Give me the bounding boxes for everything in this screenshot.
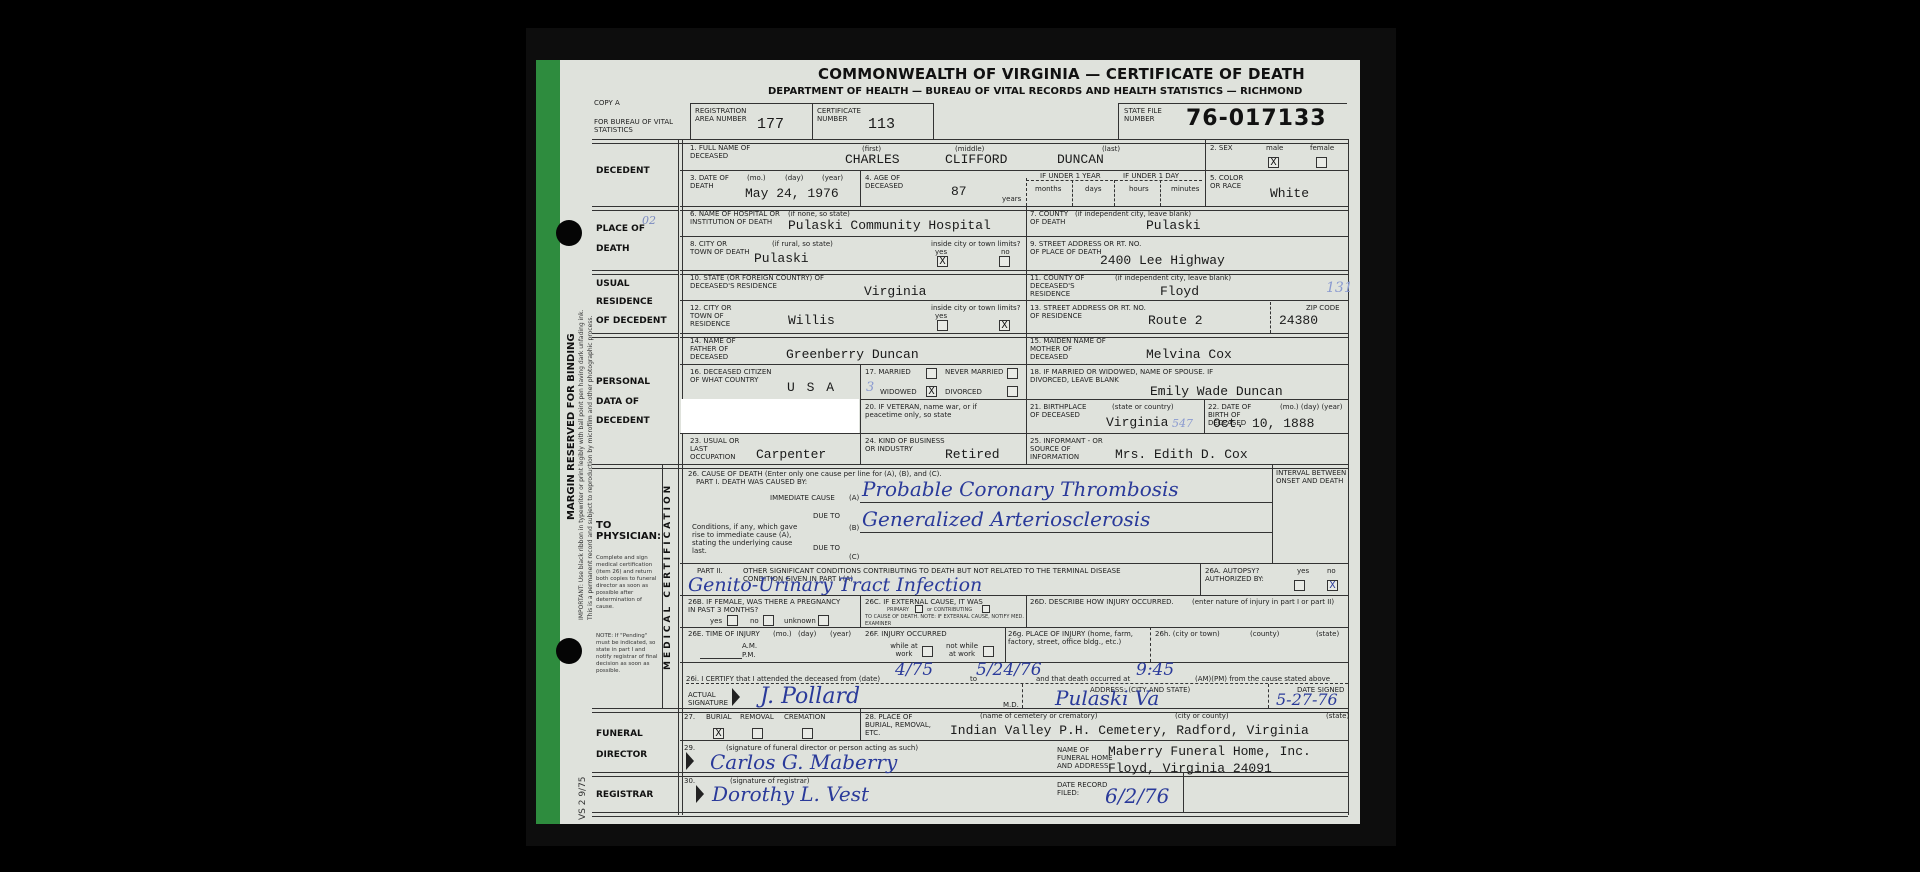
cremation-label: CREMATION: [784, 713, 826, 721]
field-11-label: 11. COUNTY OF DECEASED'S RESIDENCE: [1030, 274, 1110, 298]
while-at-work-checkbox[interactable]: [922, 646, 933, 657]
part2-value: Genito-Urinary Tract Infection: [688, 574, 982, 596]
last-name-label: (last): [1102, 145, 1120, 153]
field-18-label: 18. IF MARRIED OR WIDOWED, NAME OF SPOUS…: [1030, 368, 1250, 384]
am-label: A.M.: [742, 642, 757, 650]
burial-label: BURIAL: [706, 713, 732, 721]
occupation: Carpenter: [756, 447, 826, 462]
under-year-label: IF UNDER 1 YEAR: [1040, 172, 1101, 180]
months-label: months: [1035, 185, 1061, 193]
residence-county: Floyd: [1160, 284, 1199, 299]
primary-checkbox[interactable]: [915, 605, 923, 613]
days-label: days: [1085, 185, 1102, 193]
field-21-hint: (state or country): [1112, 403, 1174, 411]
county-of-death: Pulaski: [1146, 218, 1201, 233]
removal-checkbox[interactable]: [752, 728, 763, 739]
a-label: (A): [849, 494, 859, 502]
residence-street: Route 2: [1148, 313, 1203, 328]
field-27-label: 27.: [684, 713, 695, 721]
zip-label: ZIP CODE: [1306, 304, 1340, 312]
hours-label: hours: [1129, 185, 1149, 193]
state-file-label: STATE FILE NUMBER: [1124, 107, 1164, 123]
immediate-cause-label: IMMEDIATE CAUSE: [770, 494, 835, 502]
autopsy-yes-checkbox[interactable]: [1294, 580, 1305, 591]
pregnancy-no-label: no: [750, 617, 759, 625]
middle-name: CLIFFORD: [945, 152, 1007, 167]
first-name: CHARLES: [845, 152, 900, 167]
pregnancy-yes-checkbox[interactable]: [727, 615, 738, 626]
field-26e-label: 26e. TIME OF INJURY: [688, 630, 760, 638]
field-6-hint: (if none, so state): [788, 210, 850, 218]
certify-text-2: and that death occurred at: [1036, 675, 1130, 683]
due-to-c-label: DUE TO: [813, 544, 840, 552]
pregnancy-yes-label: yes: [710, 617, 722, 625]
burial-checkbox[interactable]: X: [713, 728, 724, 739]
field-22-hint: (mo.) (day) (year): [1280, 403, 1343, 411]
inside-limits-label: inside city or town limits?: [931, 240, 1020, 248]
copy-label: COPY A: [594, 99, 620, 107]
sign-here-arrow-icon: [732, 688, 740, 706]
redacted-field-19: [681, 399, 859, 433]
date-filed: 6/2/76: [1105, 784, 1169, 808]
section-to: TO: [596, 520, 611, 531]
field-5-label: 5. COLOR OR RACE: [1210, 174, 1250, 190]
copy-for-label: FOR BUREAU OF VITAL STATISTICS: [594, 118, 674, 134]
field-2-label: 2. SEX: [1210, 144, 1233, 152]
certify-text-1: 26i. I CERTIFY that I attended the decea…: [686, 675, 880, 683]
female-label: female: [1310, 144, 1334, 152]
death-inside-yes-checkbox[interactable]: X: [937, 256, 948, 267]
medical-certification-label: MEDICAL CERTIFICATION: [663, 483, 673, 670]
city-of-death: Pulaski: [754, 251, 809, 266]
field-30-label: 30.: [684, 777, 695, 785]
field-26d-label: 26d. DESCRIBE HOW INJURY OCCURRED.: [1030, 598, 1174, 606]
field-29-label: 29.: [684, 744, 695, 752]
certificate-number: 113: [868, 116, 895, 133]
pregnancy-unknown-label: unknown: [784, 617, 816, 625]
section-personal: PERSONAL: [596, 377, 650, 387]
md-label: M.D.: [1003, 701, 1019, 709]
widowed-checkbox[interactable]: X: [926, 386, 937, 397]
autopsy-yes-label: yes: [1297, 567, 1309, 575]
minutes-label: minutes: [1171, 185, 1199, 193]
certificate-subtitle: DEPARTMENT OF HEALTH — BUREAU OF VITAL R…: [768, 86, 1302, 97]
male-label: male: [1266, 144, 1283, 152]
field-14-label: 14. NAME OF FATHER OF DECEASED: [690, 337, 760, 361]
age: 87: [951, 184, 967, 199]
section-decedent: DECEDENT: [596, 166, 650, 176]
registration-label: REGISTRATION AREA NUMBER: [695, 107, 755, 123]
interval-label: INTERVAL BETWEEN ONSET AND DEATH: [1276, 469, 1348, 485]
section-death: DEATH: [596, 244, 630, 254]
year-label: (year): [822, 174, 843, 182]
field-23-label: 23. USUAL OR LAST OCCUPATION: [690, 437, 750, 461]
pregnancy-unknown-checkbox[interactable]: [818, 615, 829, 626]
date-signed: 5-27-76: [1276, 690, 1338, 709]
director-signature: Carlos G. Maberry: [710, 750, 897, 774]
autopsy-label: 26a. AUTOPSY? AUTHORIZED BY:: [1205, 567, 1265, 583]
date-of-birth: Oct. 10, 1888: [1213, 416, 1314, 431]
never-married-checkbox[interactable]: [1007, 368, 1018, 379]
field-26c-label: 26c. IF EXTERNAL CAUSE, IT WAS: [865, 598, 983, 606]
last-name: DUNCAN: [1057, 152, 1104, 167]
field-7-label: 7. COUNTY OF DEATH: [1030, 210, 1070, 226]
race: White: [1270, 186, 1309, 201]
physician-signature: J. Pollard: [760, 684, 860, 709]
res-yes-label: yes: [935, 312, 947, 320]
part1-label: PART I. DEATH WAS CAUSED BY:: [696, 478, 807, 486]
injury-year-label: (year): [830, 630, 851, 638]
section-director: DIRECTOR: [596, 750, 647, 760]
yes-label: yes: [935, 248, 947, 256]
under-day-label: IF UNDER 1 DAY: [1123, 172, 1179, 180]
autopsy-no-checkbox[interactable]: X: [1327, 580, 1338, 591]
injury-state-hint: (state): [1316, 630, 1339, 638]
widowed-label: WIDOWED: [880, 388, 917, 396]
spouse-name: Emily Wade Duncan: [1150, 384, 1283, 399]
field-3-label: 3. DATE OF DEATH: [690, 174, 730, 190]
female-checkbox[interactable]: [1316, 157, 1327, 168]
autopsy-no-label: no: [1327, 567, 1336, 575]
place-of-death-address: 2400 Lee Highway: [1100, 253, 1225, 268]
mother-maiden-name: Melvina Cox: [1146, 347, 1232, 362]
field-8-label: 8. CITY OR TOWN OF DEATH: [690, 240, 750, 256]
sign-here-arrow-icon: [686, 752, 694, 770]
section-physician: PHYSICIAN:: [596, 531, 661, 542]
funeral-home-name: Maberry Funeral Home, Inc.: [1108, 744, 1311, 759]
contributing-label: or CONTRIBUTING: [927, 607, 972, 614]
pending-note: NOTE: If "Pending" must be indicated, so…: [596, 633, 660, 675]
injury-mo-label: (mo.): [773, 630, 792, 638]
field-21-label: 21. BIRTHPLACE OF DECEASED: [1030, 403, 1090, 419]
cremation-checkbox[interactable]: [802, 728, 813, 739]
punch-hole-top: [556, 220, 582, 246]
injury-county-hint: (county): [1250, 630, 1279, 638]
due-to-b-label: DUE TO: [813, 512, 840, 520]
section-data-of: DATA OF: [596, 397, 639, 407]
industry: Retired: [945, 447, 1000, 462]
am-pm-indicator: (AM)(PM) from the cause stated above: [1195, 675, 1330, 683]
field-26d-hint: (enter nature of injury in part I or par…: [1192, 598, 1334, 606]
mo-label: (mo.): [747, 174, 766, 182]
field-26b-label: 26b. IF FEMALE, WAS THERE A PREGNANCY IN…: [688, 598, 848, 614]
male-checkbox[interactable]: X: [1268, 157, 1279, 168]
res-inside-limits-label: inside city or town limits?: [931, 304, 1020, 312]
never-married-label: NEVER MARRIED: [945, 368, 1003, 376]
field-13-label: 13. STREET ADDRESS OR RT. NO. OF RESIDEN…: [1030, 304, 1150, 320]
field-28-label: 28. PLACE OF BURIAL, REMOVAL, ETC.: [865, 713, 935, 737]
zip-code: 24380: [1279, 313, 1318, 328]
pregnancy-no-checkbox[interactable]: [763, 615, 774, 626]
cemetery-hint: (name of cemetery or crematory): [980, 712, 1098, 720]
margin-note-1: IMPORTANT: Use black ribbon in typewrite…: [578, 260, 585, 620]
field-26g-label: 26g. PLACE OF INJURY (home, farm, factor…: [1008, 630, 1148, 646]
funeral-home-address: Floyd, Virginia 24091: [1108, 761, 1272, 776]
injury-day-label: (day): [798, 630, 816, 638]
field-8-hint: (if rural, so state): [772, 240, 833, 248]
res-inside-yes-checkbox[interactable]: [937, 320, 948, 331]
hospital-name: Pulaski Community Hospital: [788, 218, 991, 233]
field-7-hint: (if independent city, leave blank): [1075, 210, 1191, 218]
sign-here-arrow-icon: [696, 785, 704, 803]
section-decedent-personal: DECEDENT: [596, 416, 650, 426]
field-10-label: 10. STATE (OR FOREIGN COUNTRY) OF DECEAS…: [690, 274, 870, 290]
birthplace-annotation: 547: [1172, 417, 1193, 430]
field-26h-label: 26h. (city or town): [1155, 630, 1220, 638]
years-label: years: [1002, 195, 1021, 203]
residence-city: Willis: [788, 313, 835, 328]
attended-to: 5/24/76: [976, 660, 1042, 680]
field-24-label: 24. KIND OF BUSINESS OR INDUSTRY: [865, 437, 945, 453]
field-1-label: 1. FULL NAME OF DECEASED: [690, 144, 770, 160]
birthplace: Virginia: [1106, 415, 1168, 430]
while-at-work-label: while at work: [886, 642, 922, 658]
cause-a: Probable Coronary Thrombosis: [862, 477, 1179, 501]
father-name: Greenberry Duncan: [786, 347, 919, 362]
death-inside-no-checkbox[interactable]: [999, 256, 1010, 267]
certificate-number-label: CERTIFICATE NUMBER: [817, 107, 867, 123]
burial-state-hint: (state): [1326, 712, 1349, 720]
removal-label: REMOVAL: [740, 713, 774, 721]
place-of-burial: Indian Valley P.H. Cemetery, Radford, Vi…: [950, 723, 1309, 738]
residence-state: Virginia: [864, 284, 926, 299]
contributing-checkbox[interactable]: [982, 605, 990, 613]
married-checkbox[interactable]: [926, 368, 937, 379]
field-25-label: 25. INFORMANT - OR SOURCE OF INFORMATION: [1030, 437, 1120, 461]
section-of-decedent: OF DECEDENT: [596, 316, 667, 326]
margin-title: MARGIN RESERVED FOR BINDING: [566, 333, 577, 520]
state-file-number: 76-017133: [1186, 106, 1327, 131]
informant: Mrs. Edith D. Cox: [1115, 447, 1248, 462]
actual-signature-label: ACTUAL SIGNATURE: [688, 691, 728, 707]
conditions-note: Conditions, if any, which gave rise to i…: [692, 523, 807, 555]
section-place-of: PLACE OF: [596, 224, 645, 234]
field-6-label: 6. NAME OF HOSPITAL OR INSTITUTION OF DE…: [690, 210, 780, 226]
field-12-label: 12. CITY OR TOWN OF RESIDENCE: [690, 304, 750, 328]
not-while-at-work-label: not while at work: [944, 642, 980, 658]
primary-label: PRIMARY: [887, 607, 909, 614]
citizenship: U S A: [787, 380, 836, 395]
field-26f-label: 26f. INJURY OCCURRED: [865, 630, 947, 638]
death-time: 9:45: [1136, 660, 1174, 680]
certificate-title: COMMONWEALTH OF VIRGINIA — CERTIFICATE O…: [818, 65, 1305, 83]
section-usual: USUAL: [596, 279, 630, 289]
res-inside-no-checkbox[interactable]: X: [999, 320, 1010, 331]
field-20-label: 20. IF VETERAN, name war, or if peacetim…: [865, 403, 985, 419]
day-label: (day): [785, 174, 803, 182]
marital-annotation: 3: [866, 380, 874, 395]
pm-label: P.M.: [742, 651, 756, 659]
divorced-label: DIVORCED: [945, 388, 982, 396]
date-of-death: May 24, 1976: [745, 186, 839, 201]
physician-address: Pulaski Va: [1055, 686, 1159, 710]
field-15-label: 15. MAIDEN NAME OF MOTHER OF DECEASED: [1030, 337, 1110, 361]
field-4-label: 4. AGE OF DECEASED: [865, 174, 915, 190]
field-26c-note: TO CAUSE OF DEATH. NOTE: IF EXTERNAL CAU…: [865, 614, 1025, 628]
place-annotation: 02: [642, 214, 656, 227]
physician-instructions: Complete and sign medical certification …: [596, 555, 660, 611]
no-label: no: [1001, 248, 1010, 256]
divorced-checkbox[interactable]: [1007, 386, 1018, 397]
residence-annotation: 131: [1326, 280, 1353, 296]
punch-hole-bottom: [556, 638, 582, 664]
b-label: (B): [849, 524, 859, 532]
attended-from: 4/75: [895, 660, 933, 680]
cause-b: Generalized Arteriosclerosis: [862, 507, 1150, 531]
field-17-label: 17. MARRIED: [865, 368, 911, 376]
section-residence: RESIDENCE: [596, 297, 653, 307]
field-11-hint: (if independent city, leave blank): [1115, 274, 1231, 282]
city-county-hint: (city or county): [1175, 712, 1229, 720]
registrar-signature: Dorothy L. Vest: [712, 782, 869, 806]
section-funeral: FUNERAL: [596, 729, 643, 739]
not-while-at-work-checkbox[interactable]: [983, 646, 994, 657]
section-registrar: REGISTRAR: [596, 790, 653, 800]
field-16-label: 16. DECEASED CITIZEN OF WHAT COUNTRY: [690, 368, 780, 384]
form-number: VS 2 9/75: [578, 776, 588, 820]
binding-margin-stripe: [536, 60, 560, 824]
registration-number: 177: [757, 116, 784, 133]
c-label: (C): [849, 553, 859, 561]
